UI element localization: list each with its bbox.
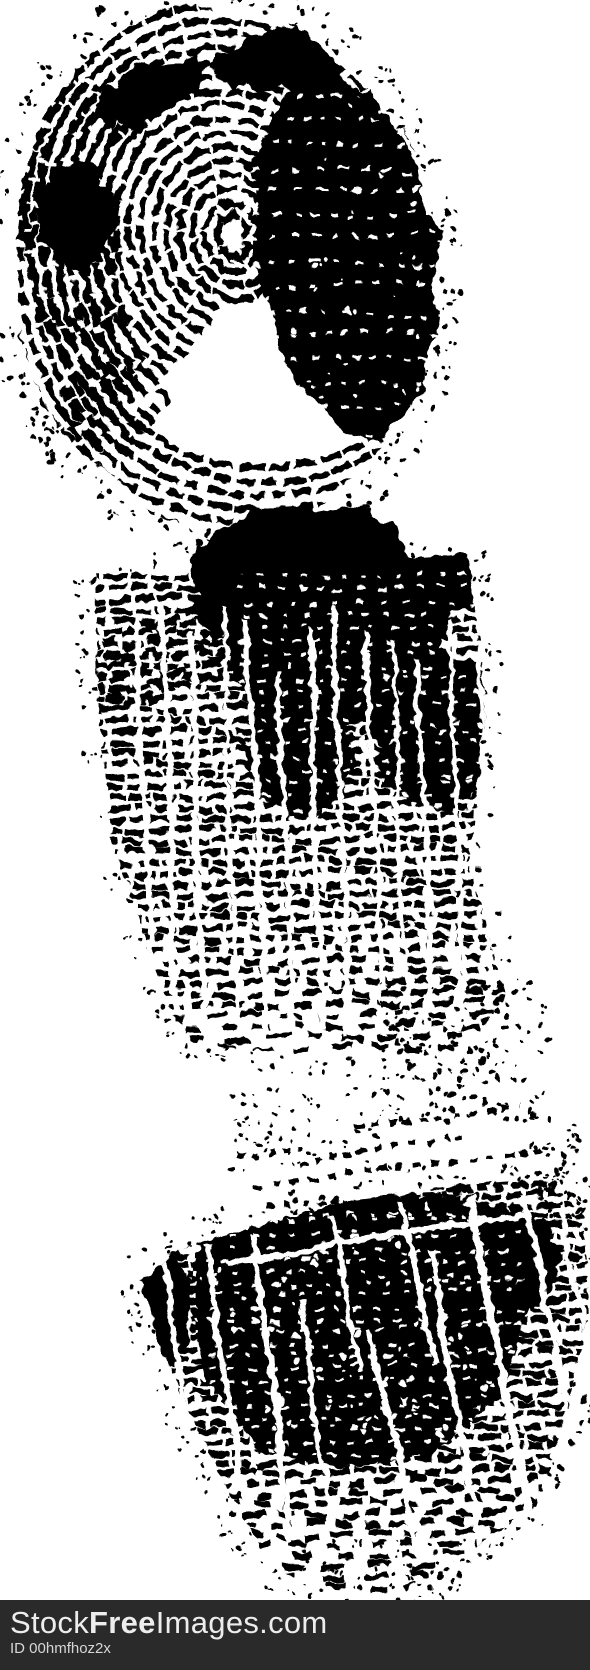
watermark-site-bold: Free <box>89 1605 156 1640</box>
watermark-bar: StockFreeImages.com ID 00hmfhoz2x <box>0 1600 590 1670</box>
stock-image-page: StockFreeImages.com ID 00hmfhoz2x <box>0 0 590 1670</box>
watermark-site-suffix: Images.com <box>156 1605 328 1640</box>
watermark-site-name: StockFreeImages.com <box>10 1606 590 1639</box>
watermark-site-prefix: Stock <box>10 1605 89 1640</box>
fingerprint-graphic <box>0 0 590 1670</box>
watermark-image-id: ID 00hmfhoz2x <box>10 1640 590 1658</box>
